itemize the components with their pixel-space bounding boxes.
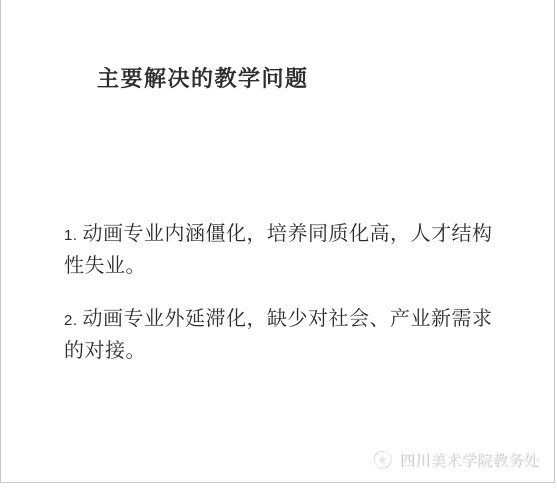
slide-body: 1.动画专业内涵僵化，培养同质化高，人才结构性失业。 2.动画专业外延滞化，缺少…	[64, 219, 512, 389]
point-2-text: 动画专业外延滞化，缺少对社会、产业新需求的对接。	[64, 308, 493, 362]
problem-point-1: 1.动画专业内涵僵化，培养同质化高，人才结构性失业。	[64, 219, 512, 281]
point-1-text: 动画专业内涵僵化，培养同质化高，人才结构性失业。	[64, 223, 493, 277]
slide-image: 主要解决的教学问题 1.动画专业内涵僵化，培养同质化高，人才结构性失业。 2.动…	[0, 0, 557, 488]
point-1-number: 1.	[64, 227, 78, 244]
seal-logo-icon	[372, 449, 393, 470]
point-2-number: 2.	[64, 312, 78, 329]
problem-point-2: 2.动画专业外延滞化，缺少对社会、产业新需求的对接。	[64, 304, 512, 366]
slide-title: 主要解决的教学问题	[97, 64, 309, 94]
watermark: 四川美术学院教务处	[372, 449, 539, 470]
slide-frame: 主要解决的教学问题 1.动画专业内涵僵化，培养同质化高，人才结构性失业。 2.动…	[0, 0, 555, 483]
watermark-text: 四川美术学院教务处	[399, 449, 539, 470]
